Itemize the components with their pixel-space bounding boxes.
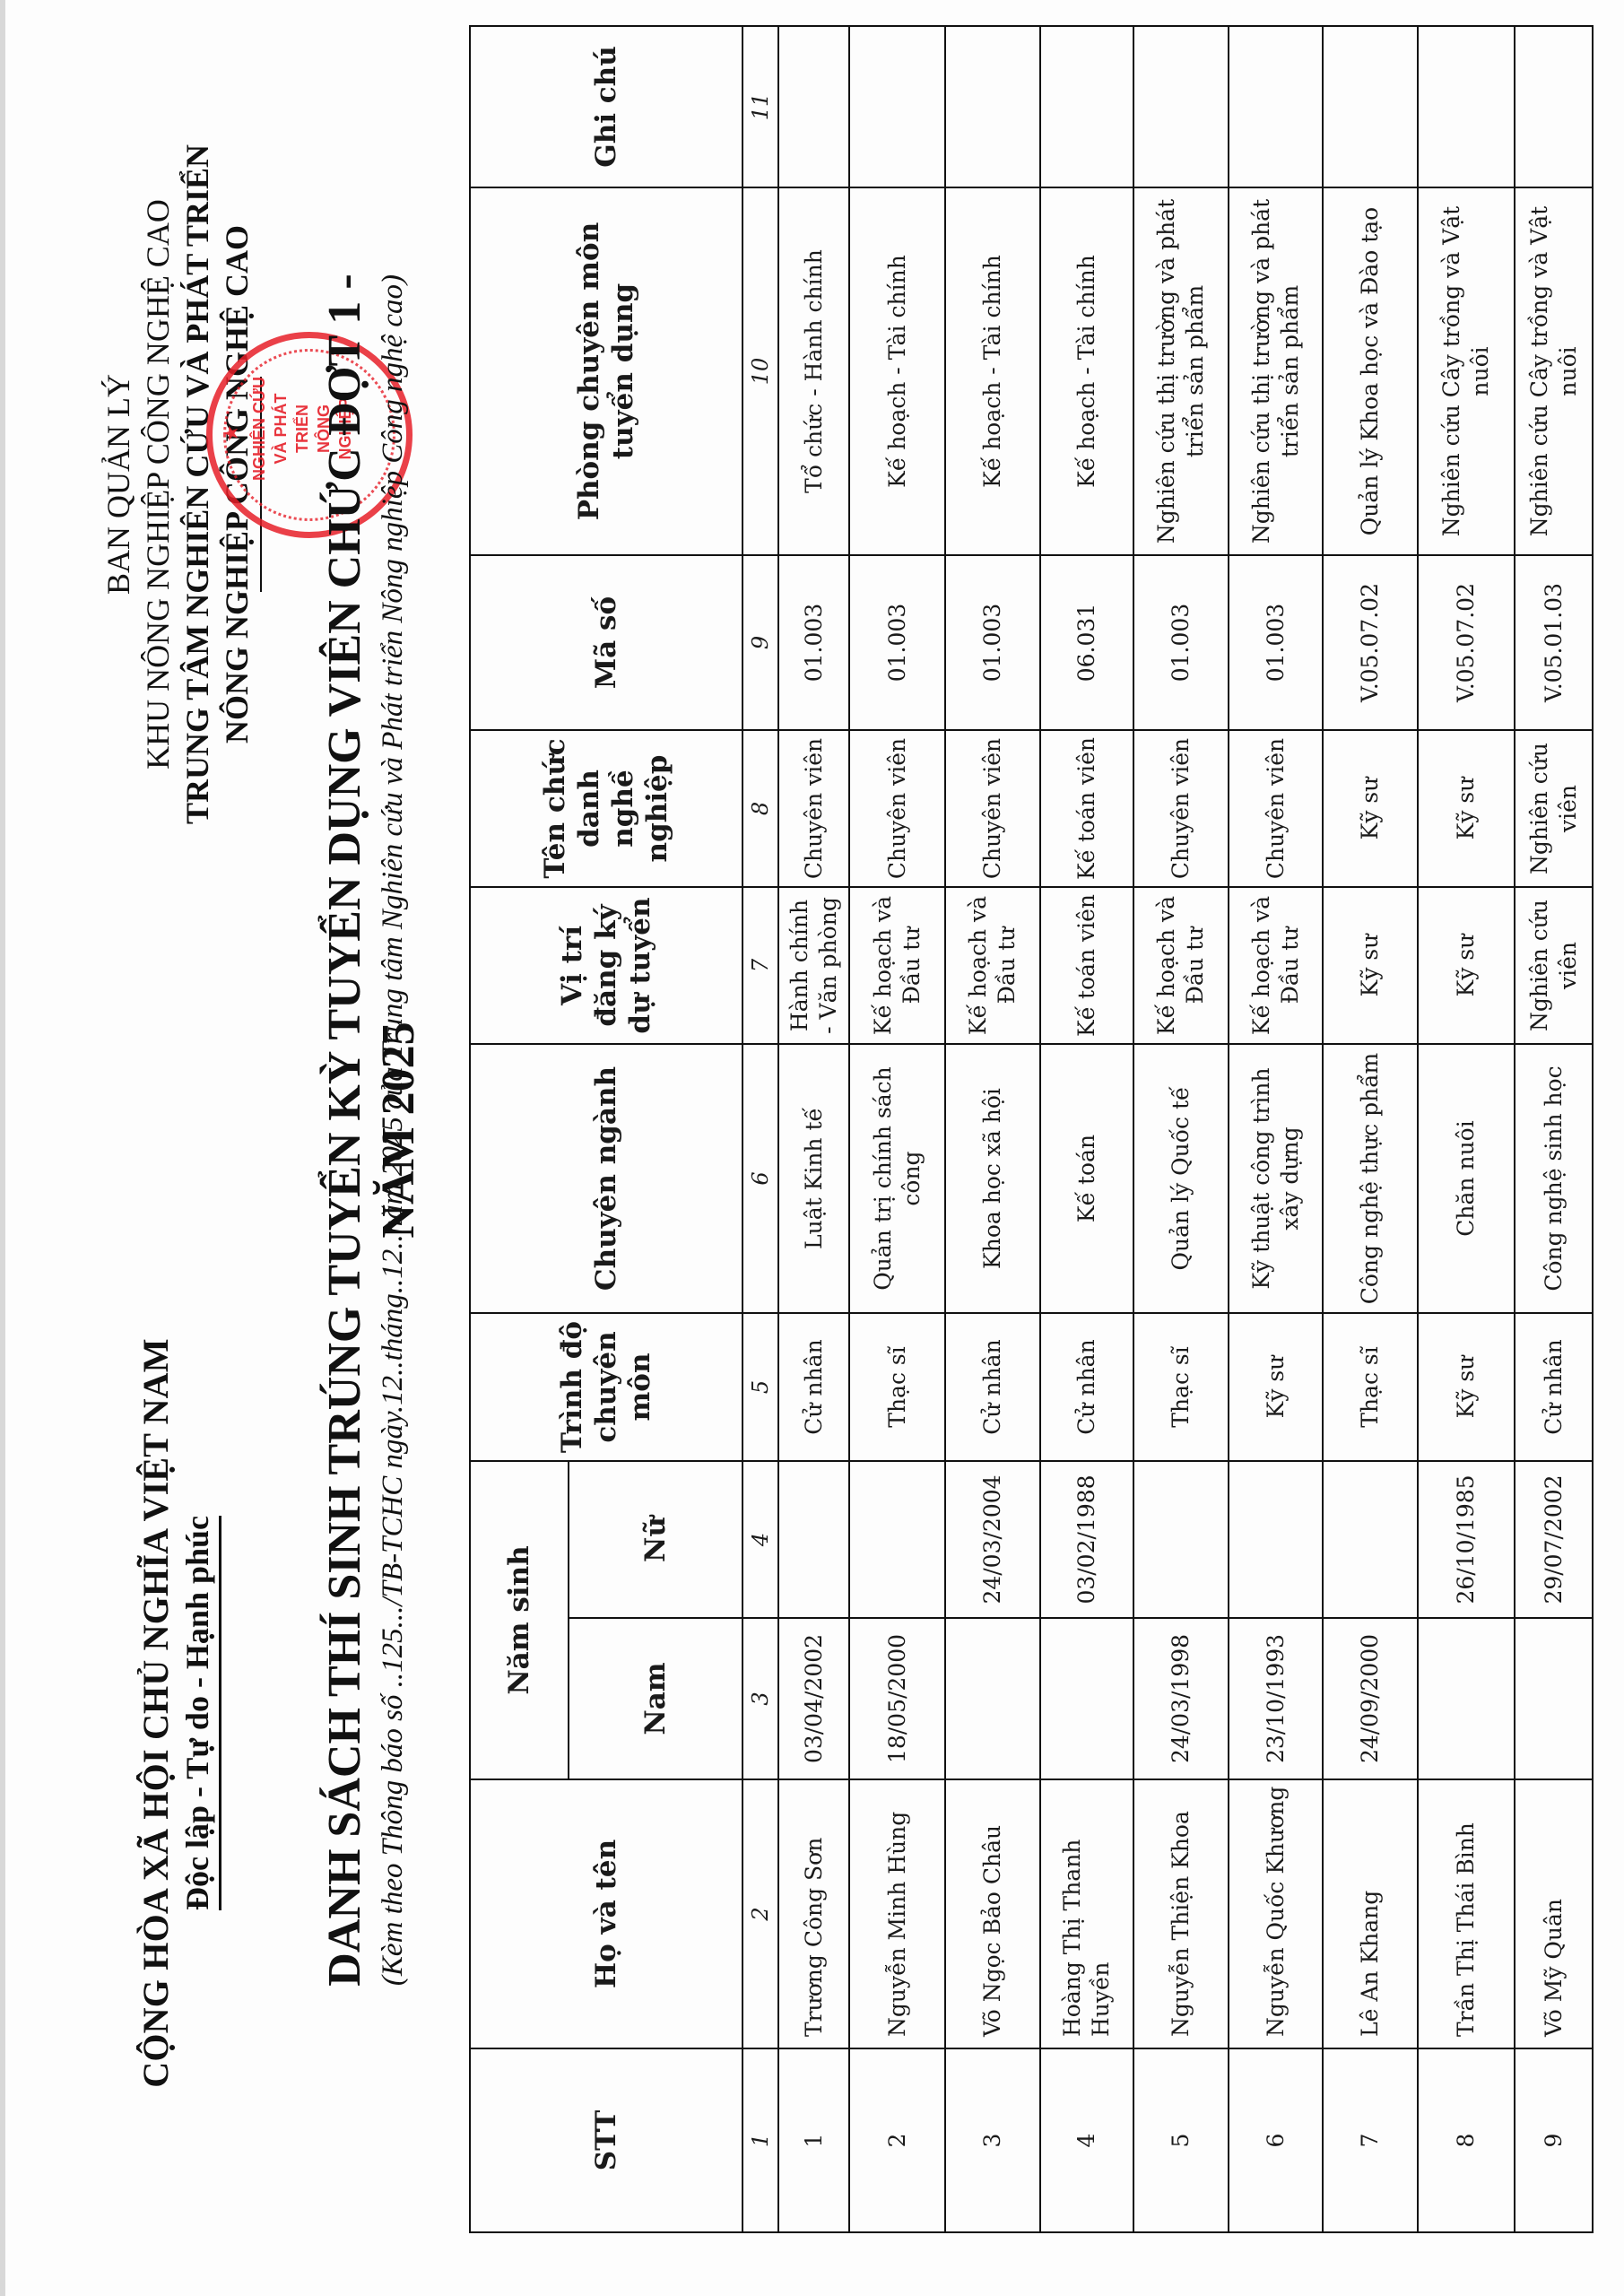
star-icon: ★ [220, 424, 243, 442]
cell-birth-male: 03/04/2002 [778, 1618, 849, 1779]
cell-title: Chuyên viên [1229, 730, 1323, 887]
header-birth-year: Năm sinh [470, 1461, 569, 1779]
table-row: 8 Trần Thị Thái Bình 26/10/1985 Kỹ sư Ch… [1418, 26, 1515, 2232]
stamp-line-2: VÀ PHÁT TRIỂN [270, 375, 313, 483]
cell-birth-male [1040, 1618, 1133, 1779]
cell-position: Hành chính - Văn phòng [778, 887, 849, 1044]
cell-level: Thạc sĩ [1323, 1313, 1418, 1461]
column-number: 7 [743, 887, 778, 1044]
cell-stt: 5 [1133, 2048, 1229, 2232]
column-number: 2 [743, 1779, 778, 2048]
column-number: 4 [743, 1461, 778, 1618]
cell-note [1515, 26, 1593, 187]
cell-position: Kỹ sư [1418, 887, 1515, 1044]
table-row: 4 Hoàng Thị Thanh Huyền 03/02/1988 Cử nh… [1040, 26, 1133, 2232]
header-stt: STT [470, 2048, 743, 2232]
cell-stt: 7 [1323, 2048, 1418, 2232]
column-number: 10 [743, 187, 778, 555]
table-row: 3 Võ Ngọc Bảo Châu 24/03/2004 Cử nhân Kh… [945, 26, 1040, 2232]
cell-major: Kế toán [1040, 1044, 1133, 1313]
column-number: 3 [743, 1618, 778, 1779]
cell-title: Kế toán viên [1040, 730, 1133, 887]
cell-code: 01.003 [1229, 555, 1323, 730]
cell-birth-female: 03/02/1988 [1040, 1461, 1133, 1618]
cell-birth-male: 24/09/2000 [1323, 1618, 1418, 1779]
cell-birth-male: 23/10/1993 [1229, 1618, 1323, 1779]
cell-major: Công nghệ sinh học [1515, 1044, 1593, 1313]
cell-note [778, 26, 849, 187]
cell-level: Kỹ sư [1229, 1313, 1323, 1461]
nation-name: CỘNG HÒA XÃ HỘI CHỦ NGHĨA VIỆT NAM [135, 1265, 178, 2161]
cell-code: V.05.01.03 [1515, 555, 1593, 730]
column-number: 11 [743, 26, 778, 187]
cell-major: Quản trị chính sách công [849, 1044, 945, 1313]
cell-level: Thạc sĩ [1133, 1313, 1229, 1461]
table-row: 7 Lê An Khang 24/09/2000 Thạc sĩ Công ng… [1323, 26, 1418, 2232]
cell-position: Kế hoạch và Đầu tư [1133, 887, 1229, 1044]
cell-title: Chuyên viên [849, 730, 945, 887]
cell-code: 06.031 [1040, 555, 1133, 730]
cell-name: Trần Thị Thái Bình [1418, 1779, 1515, 2048]
cell-stt: 4 [1040, 2048, 1133, 2232]
header-note: Ghi chú [470, 26, 743, 187]
table-row: 6 Nguyễn Quốc Khương 23/10/1993 Kỹ sư Kỹ… [1229, 26, 1323, 2232]
cell-department: Nghiên cứu thị trường và phát triển sản … [1133, 187, 1229, 555]
cell-code: 01.003 [1133, 555, 1229, 730]
cell-stt: 2 [849, 2048, 945, 2232]
cell-department: Nghiên cứu thị trường và phát triển sản … [1229, 187, 1323, 555]
candidates-table: STT Họ và tên Năm sinh Trình độ chuyên m… [469, 25, 1594, 2233]
cell-birth-male: 24/03/1998 [1133, 1618, 1229, 1779]
cell-major: Luật Kinh tế [778, 1044, 849, 1313]
column-number: 5 [743, 1313, 778, 1461]
cell-birth-female [849, 1461, 945, 1618]
cell-stt: 6 [1229, 2048, 1323, 2232]
cell-note [945, 26, 1040, 187]
cell-note [1040, 26, 1133, 187]
cell-note [1133, 26, 1229, 187]
cell-code: 01.003 [849, 555, 945, 730]
cell-major: Chăn nuôi [1418, 1044, 1515, 1313]
header-title: Tên chức danh nghề nghiệp [470, 730, 743, 887]
cell-code: V.05.07.02 [1323, 555, 1418, 730]
cell-birth-female [1229, 1461, 1323, 1618]
cell-note [1229, 26, 1323, 187]
header-level: Trình độ chuyên môn [470, 1313, 743, 1461]
cell-birth-female: 24/03/2004 [945, 1461, 1040, 1618]
cell-department: Kế hoạch - Tài chính [849, 187, 945, 555]
cell-stt: 3 [945, 2048, 1040, 2232]
cell-note [1323, 26, 1418, 187]
cell-department: Tổ chức - Hành chính [778, 187, 849, 555]
cell-birth-male [1515, 1618, 1593, 1779]
table-body: 1 Trương Công Sơn 03/04/2002 Cử nhân Luậ… [778, 26, 1593, 2232]
header-position: Vị trí đăng ký dự tuyển [470, 887, 743, 1044]
cell-title: Kỹ sư [1418, 730, 1515, 887]
document-subtitle: (Kèm theo Thông báo số ..125.../TB-TCHC … [375, 233, 411, 2027]
cell-title: Chuyên viên [778, 730, 849, 887]
cell-code: V.05.07.02 [1418, 555, 1515, 730]
cell-department: Nghiên cứu Cây trồng và Vật nuôi [1515, 187, 1593, 555]
cell-name: Nguyễn Minh Hùng [849, 1779, 945, 2048]
agency-line-2: KHU NÔNG NGHIỆP CÔNG NGHỆ CAO [138, 143, 178, 825]
cell-position: Nghiên cứu viên [1515, 887, 1593, 1044]
cell-title: Kỹ sư [1323, 730, 1418, 887]
table-row: 1 Trương Công Sơn 03/04/2002 Cử nhân Luậ… [778, 26, 849, 2232]
cell-major: Khoa học xã hội [945, 1044, 1040, 1313]
cell-birth-female [1323, 1461, 1418, 1618]
header-code: Mã số [470, 555, 743, 730]
cell-name: Võ Mỹ Quân [1515, 1779, 1593, 2048]
cell-department: Kế hoạch - Tài chính [945, 187, 1040, 555]
cell-department: Kế hoạch - Tài chính [1040, 187, 1133, 555]
cell-major: Quản lý Quốc tế [1133, 1044, 1229, 1313]
cell-stt: 9 [1515, 2048, 1593, 2232]
cell-level: Cử nhân [1515, 1313, 1593, 1461]
cell-name: Hoàng Thị Thanh Huyền [1040, 1779, 1133, 2048]
national-header: CỘNG HÒA XÃ HỘI CHỦ NGHĨA VIỆT NAM Độc l… [135, 1265, 221, 2161]
cell-birth-female: 29/07/2002 [1515, 1461, 1593, 1618]
column-number-row: 1 2 3 4 5 6 7 8 9 10 11 [743, 26, 778, 2232]
cell-name: Võ Ngọc Bảo Châu [945, 1779, 1040, 2048]
cell-birth-male [1418, 1618, 1515, 1779]
cell-major: Kỹ thuật công trình xây dựng [1229, 1044, 1323, 1313]
cell-major: Công nghệ thực phẩm [1323, 1044, 1418, 1313]
cell-department: Quản lý Khoa học và Đào tạo [1323, 187, 1418, 555]
cell-position: Kế hoạch và Đầu tư [849, 887, 945, 1044]
cell-note [1418, 26, 1515, 187]
column-number: 1 [743, 2048, 778, 2232]
cell-level: Kỹ sư [1418, 1313, 1515, 1461]
agency-line-1: BAN QUẢN LÝ [99, 143, 138, 825]
scanned-page-frame: CỘNG HÒA XÃ HỘI CHỦ NGHĨA VIỆT NAM Độc l… [0, 0, 1624, 2296]
cell-level: Cử nhân [945, 1313, 1040, 1461]
header-name: Họ và tên [470, 1779, 743, 2048]
cell-stt: 1 [778, 2048, 849, 2232]
cell-position: Kế hoạch và Đầu tư [1229, 887, 1323, 1044]
national-motto: Độc lập - Tự do - Hạnh phúc [178, 1516, 221, 1910]
stamp-line-1: NGHIÊN CỨU [248, 375, 270, 483]
cell-birth-female [1133, 1461, 1229, 1618]
cell-level: Thạc sĩ [849, 1313, 945, 1461]
cell-name: Lê An Khang [1323, 1779, 1418, 2048]
header-male: Nam [569, 1618, 743, 1779]
agency-line-3: TRUNG TÂM NGHIÊN CỨU VÀ PHÁT TRIỂN [178, 143, 217, 825]
column-number: 8 [743, 730, 778, 887]
table-row: 5 Nguyễn Thiện Khoa 24/03/1998 Thạc sĩ Q… [1133, 26, 1229, 2232]
cell-level: Cử nhân [778, 1313, 849, 1461]
cell-department: Nghiên cứu Cây trồng và Vật nuôi [1418, 187, 1515, 555]
cell-name: Trương Công Sơn [778, 1779, 849, 2048]
header-female: Nữ [569, 1461, 743, 1618]
cell-note [849, 26, 945, 187]
cell-position: Kế hoạch và Đầu tư [945, 887, 1040, 1044]
cell-title: Chuyên viên [1133, 730, 1229, 887]
cell-birth-male [945, 1618, 1040, 1779]
cell-level: Cử nhân [1040, 1313, 1133, 1461]
column-number: 6 [743, 1044, 778, 1313]
cell-birth-female: 26/10/1985 [1418, 1461, 1515, 1618]
cell-code: 01.003 [778, 555, 849, 730]
cell-title: Nghiên cứu viên [1515, 730, 1593, 887]
cell-stt: 8 [1418, 2048, 1515, 2232]
cell-position: Kỹ sư [1323, 887, 1418, 1044]
table-row: 2 Nguyễn Minh Hùng 18/05/2000 Thạc sĩ Qu… [849, 26, 945, 2232]
header-department: Phòng chuyên môn tuyển dụng [470, 187, 743, 555]
cell-position: Kế toán viên [1040, 887, 1133, 1044]
document-page: CỘNG HÒA XÃ HỘI CHỦ NGHĨA VIỆT NAM Độc l… [0, 0, 1624, 2296]
cell-title: Chuyên viên [945, 730, 1040, 887]
cell-name: Nguyễn Thiện Khoa [1133, 1779, 1229, 2048]
cell-birth-male: 18/05/2000 [849, 1618, 945, 1779]
cell-name: Nguyễn Quốc Khương [1229, 1779, 1323, 2048]
cell-code: 01.003 [945, 555, 1040, 730]
column-number: 9 [743, 555, 778, 730]
cell-birth-female [778, 1461, 849, 1618]
header-major: Chuyên ngành [470, 1044, 743, 1313]
table-row: 9 Võ Mỹ Quân 29/07/2002 Cử nhân Công ngh… [1515, 26, 1593, 2232]
